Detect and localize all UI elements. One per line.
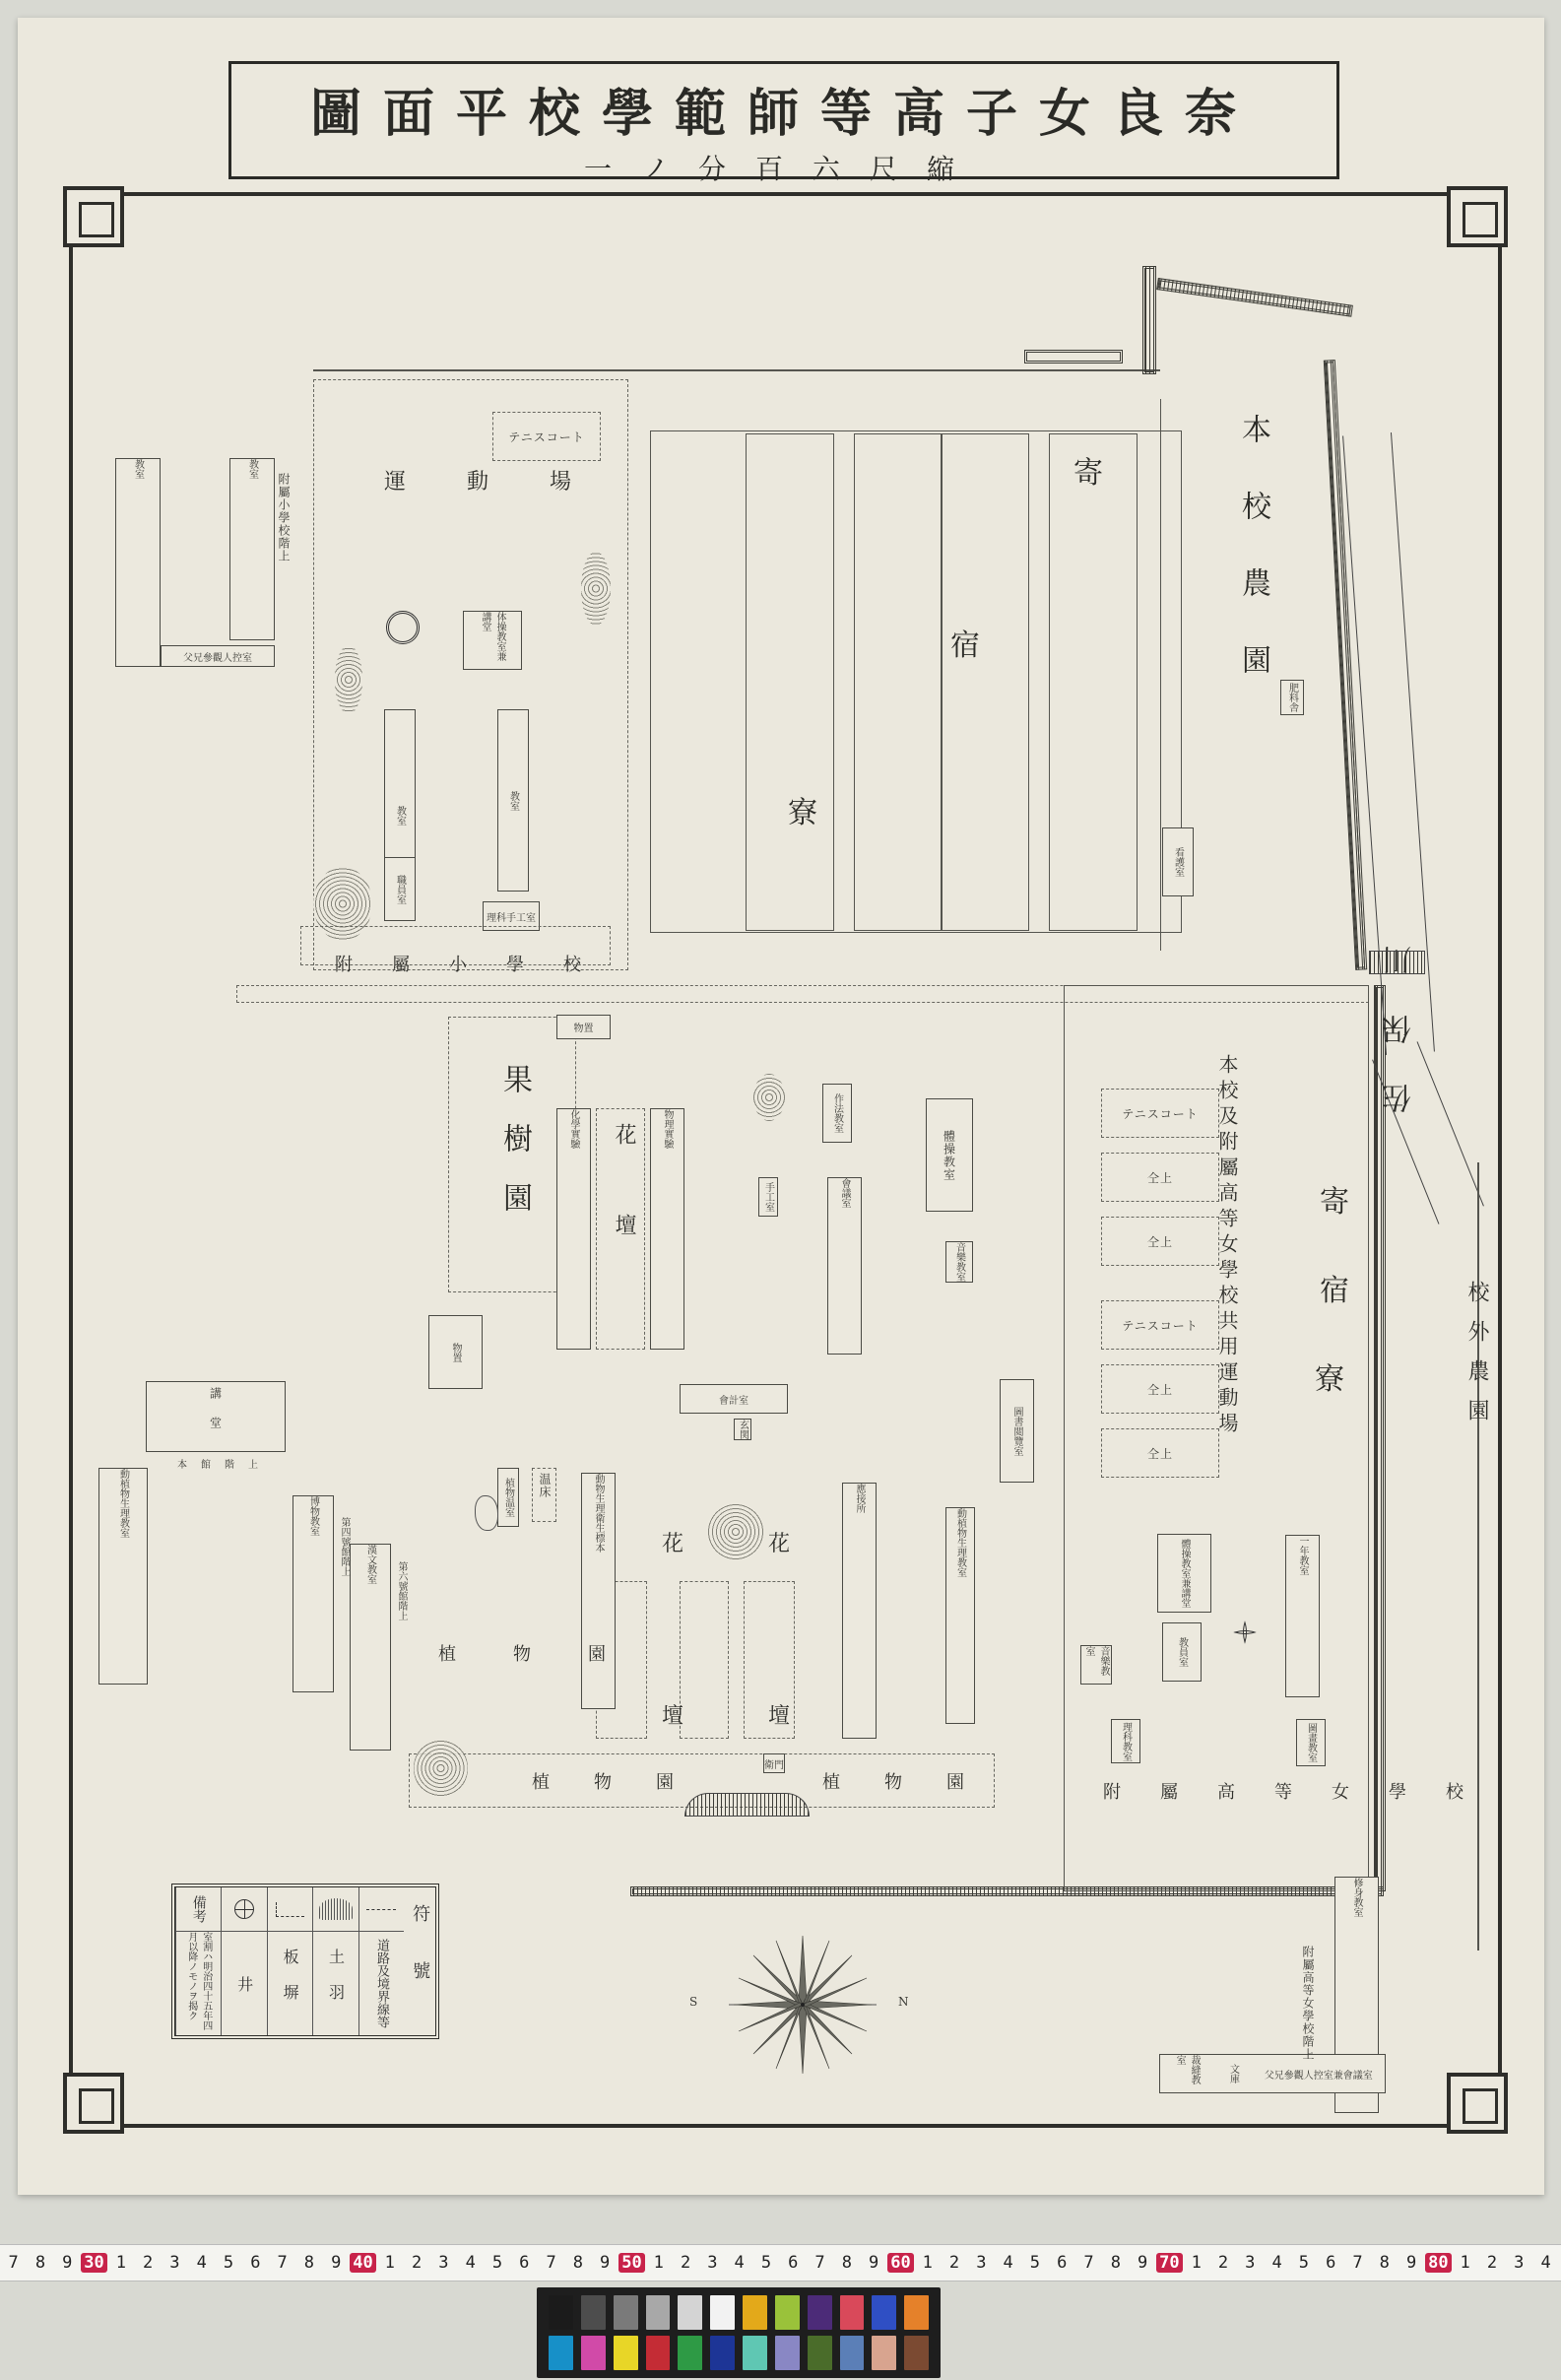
tennis-court: テニスコート bbox=[492, 412, 601, 461]
ruler-tick-label: 4 bbox=[1532, 2253, 1559, 2273]
outside-farm-label: 校外農園 bbox=[1462, 1281, 1492, 1438]
map-title: 圖面平校學範師等高子女良奈 bbox=[231, 72, 1336, 146]
ruler-tick-label: 6 bbox=[1049, 2253, 1075, 2273]
legend-item-embankment: 土羽 bbox=[312, 1887, 358, 2035]
dorm2-label-2: 宿 bbox=[1320, 1266, 1389, 1309]
botanical-garden-label-2: 植物園 bbox=[532, 1768, 718, 1794]
corner-ornament-icon bbox=[1447, 2073, 1508, 2134]
elementary-school-label: 附屬小學校 bbox=[335, 951, 620, 976]
flower-bed-label: 花壇 bbox=[609, 1123, 639, 1304]
color-swatch bbox=[904, 2336, 929, 2370]
dash-dot-line-icon bbox=[359, 1887, 404, 1932]
dorm-label-2: 宿 bbox=[950, 621, 1019, 664]
dashed-corner-icon bbox=[268, 1887, 312, 1932]
flower-bed-label-west2: 壇 bbox=[662, 1699, 701, 1730]
color-swatch bbox=[614, 2336, 638, 2370]
ruler-tick-label: 2 bbox=[672, 2253, 698, 2273]
river-label: 佐保川 bbox=[1379, 719, 1422, 1113]
color-swatch bbox=[808, 2295, 832, 2330]
color-checker bbox=[537, 2287, 941, 2378]
grade-classrooms: 一年教室 bbox=[1285, 1535, 1320, 1697]
compass-n-label: N bbox=[898, 1995, 910, 2009]
ruler-tick-label: 9 bbox=[54, 2253, 81, 2273]
earth-mound bbox=[335, 645, 362, 714]
dorm-label-3: 寄 bbox=[1073, 448, 1142, 492]
ruler-tick-label: 2 bbox=[1478, 2253, 1505, 2273]
dorm-wing bbox=[1049, 433, 1138, 931]
chemistry-wing: 化學實驗 bbox=[556, 1108, 591, 1350]
color-swatch bbox=[614, 2295, 638, 2330]
main-gate bbox=[684, 1793, 810, 1817]
legend-item-fence: 板塀 bbox=[267, 1887, 312, 2035]
dorm-wing bbox=[941, 433, 1029, 931]
fertilizer-shed: 肥料舎 bbox=[1280, 680, 1304, 715]
joint-sports-ground-label: 本校及附屬高等女學校共用運動場 bbox=[1213, 1054, 1242, 1487]
music-room: 音樂教室 bbox=[945, 1241, 973, 1283]
drawing-room: 圖畫教室 bbox=[1296, 1719, 1326, 1766]
color-swatch bbox=[581, 2336, 606, 2370]
ruler-tick-label: 7 bbox=[0, 2253, 27, 2273]
ruler-tick-label: 5 bbox=[1290, 2253, 1317, 2273]
ruler-tick-label: 6 bbox=[242, 2253, 269, 2273]
color-swatch bbox=[710, 2295, 735, 2330]
color-swatch bbox=[710, 2336, 735, 2370]
earth-mound bbox=[414, 1739, 468, 1798]
ruler-tick-label: 6 bbox=[1318, 2253, 1344, 2273]
ruler-tick-label: 40 bbox=[350, 2253, 376, 2273]
earth-mound bbox=[581, 552, 611, 626]
color-swatch bbox=[872, 2336, 896, 2370]
dorm-wing bbox=[854, 433, 943, 931]
color-swatch bbox=[775, 2336, 800, 2370]
science-classroom: 理科教室 bbox=[1111, 1719, 1140, 1763]
legend-box: 符號 道路及境界線等 土羽 板塀 井 備考 室割ハ明治四十五年四月以降ノモノヲ揭… bbox=[171, 1884, 439, 2039]
tennis-court: テニスコート bbox=[1101, 1300, 1219, 1350]
ruler-tick-label: 3 bbox=[1237, 2253, 1264, 2273]
ruler-tick-label: 3 bbox=[430, 2253, 457, 2273]
dorm-wing bbox=[746, 433, 834, 931]
ruler-tick-label: 8 bbox=[27, 2253, 53, 2273]
main-farm-label: 本校農園 bbox=[1231, 414, 1274, 721]
tennis-court: 仝上 bbox=[1101, 1217, 1219, 1266]
dorm2-label: 寄 bbox=[1320, 1177, 1389, 1221]
compass-rose-icon bbox=[729, 1931, 877, 2079]
sewing-wing: 動植物生理教室 bbox=[945, 1507, 975, 1724]
building6-upper: 漢文教室 bbox=[350, 1544, 391, 1751]
color-swatch bbox=[904, 2295, 929, 2330]
bridge bbox=[1369, 951, 1425, 974]
ruler-tick-label: 4 bbox=[995, 2253, 1021, 2273]
color-swatch bbox=[549, 2336, 573, 2370]
color-swatch bbox=[840, 2295, 865, 2330]
pond-flower-icon bbox=[1233, 1620, 1257, 1644]
color-swatch bbox=[549, 2295, 573, 2330]
color-swatch bbox=[775, 2295, 800, 2330]
building6-upper-label: 第六號館階上 bbox=[394, 1561, 409, 1620]
pond bbox=[475, 1495, 498, 1531]
gate-house: 衛門 bbox=[763, 1753, 785, 1773]
elementary-upper-west-wing: 教室 bbox=[115, 458, 161, 667]
ruler-tick-label: 9 bbox=[323, 2253, 350, 2273]
embankment bbox=[1142, 266, 1156, 374]
measuring-ruler: 7893012345678940123456789501234567896012… bbox=[0, 2244, 1561, 2281]
ruler-tick-label: 4 bbox=[726, 2253, 752, 2273]
gym-building: 体操教室兼講堂 bbox=[463, 611, 522, 670]
color-swatch bbox=[678, 2336, 702, 2370]
ruler-tick-label: 30 bbox=[81, 2253, 107, 2273]
color-swatch bbox=[743, 2295, 767, 2330]
ruler-tick-label: 3 bbox=[968, 2253, 995, 2273]
central-mound bbox=[706, 1502, 765, 1561]
color-swatch bbox=[678, 2295, 702, 2330]
ruler-tick-label: 8 bbox=[295, 2253, 322, 2273]
elementary-upper-label: 附屬小學校階上 bbox=[276, 473, 293, 562]
tennis-court: 仝上 bbox=[1101, 1364, 1219, 1414]
teachers-room: 教員室 bbox=[1162, 1622, 1202, 1682]
ruler-tick-label: 4 bbox=[188, 2253, 215, 2273]
library-reading-room: 圖書閲覽室 bbox=[1000, 1379, 1034, 1483]
tennis-court: テニスコート bbox=[1101, 1089, 1219, 1138]
ruler-tick-label: 2 bbox=[403, 2253, 429, 2273]
ruler-tick-label: 8 bbox=[1102, 2253, 1129, 2273]
dorm-label-1: 寄宿寮寮 bbox=[788, 788, 857, 831]
girls-high-upper-label: 附屬高等女學校階上 bbox=[1300, 1946, 1317, 2061]
sandpit-icon bbox=[386, 611, 420, 644]
ruler-tick-label: 2 bbox=[941, 2253, 967, 2273]
ruler-tick-label: 2 bbox=[134, 2253, 161, 2273]
ruler-tick-label: 8 bbox=[1371, 2253, 1398, 2273]
legend-item-well: 井 bbox=[221, 1887, 266, 2035]
tennis-court: 仝上 bbox=[1101, 1428, 1219, 1478]
ruler-tick-label: 7 bbox=[1075, 2253, 1102, 2273]
administration: 會計室 bbox=[680, 1384, 788, 1414]
earth-mound bbox=[753, 1074, 785, 1121]
ruler-tick-label: 3 bbox=[699, 2253, 726, 2273]
auditorium-note: 本館階上 bbox=[177, 1456, 272, 1471]
corner-ornament-icon bbox=[63, 186, 124, 247]
ruler-tick-label: 1 bbox=[645, 2253, 672, 2273]
legend-note-col: 備考 室割ハ明治四十五年四月以降ノモノヲ揭ク bbox=[175, 1887, 221, 2035]
etiquette-room: 作法教室 bbox=[822, 1084, 852, 1143]
building2-upper: 動植物生理教室 bbox=[98, 1468, 148, 1685]
embankment bbox=[1024, 350, 1123, 364]
orchard-label: 果樹園 bbox=[492, 1064, 536, 1241]
map-scale: 一ノ分百六尺縮 bbox=[231, 148, 1336, 187]
ruler-tick-label: 3 bbox=[162, 2253, 188, 2273]
physics-wing: 物理實驗 bbox=[650, 1108, 684, 1350]
staff-room: 職員室 bbox=[384, 857, 416, 921]
color-swatch bbox=[872, 2295, 896, 2330]
main-entrance: 玄関 bbox=[734, 1419, 751, 1440]
dorm2-label-3: 寮 bbox=[1315, 1355, 1384, 1398]
corner-ornament-icon bbox=[1447, 186, 1508, 247]
gym-auditorium: 體操教室兼講堂 bbox=[1157, 1534, 1211, 1613]
ruler-tick-label: 9 bbox=[1398, 2253, 1424, 2273]
storage-building: 物置 bbox=[428, 1315, 483, 1389]
ruler-tick-label: 4 bbox=[1264, 2253, 1290, 2273]
color-swatch bbox=[743, 2336, 767, 2370]
elementary-east-classrooms: 教室 bbox=[497, 709, 529, 892]
music-room-high: 音樂教室 bbox=[1080, 1645, 1112, 1685]
elementary-upper-east-wing: 教室 bbox=[229, 458, 275, 640]
language-wing: 應接所 bbox=[842, 1483, 877, 1739]
flower-bed-label-east2: 壇 bbox=[768, 1699, 808, 1730]
ruler-tick-label: 7 bbox=[807, 2253, 833, 2273]
legend-title-col: 符號 bbox=[404, 1887, 435, 2035]
ruler-tick-label: 7 bbox=[538, 2253, 564, 2273]
sports-ground-label: 運動場 bbox=[384, 465, 632, 496]
biology-wing: 動物生理衛生標本 bbox=[581, 1473, 616, 1709]
ruler-tick-label: 70 bbox=[1156, 2253, 1183, 2273]
ruler-tick-label: 8 bbox=[833, 2253, 860, 2273]
flower-bed-label-west: 花 bbox=[662, 1527, 701, 1557]
ruler-tick-label: 1 bbox=[914, 2253, 941, 2273]
ruler-tick-label: 5 bbox=[484, 2253, 510, 2273]
ruler-tick-label: 4 bbox=[457, 2253, 484, 2273]
ruler-tick-label: 60 bbox=[887, 2253, 914, 2273]
botanical-garden-label-3: 植物園 bbox=[822, 1768, 1008, 1794]
ruler-tick-label: 7 bbox=[269, 2253, 295, 2273]
building4-upper-label: 第四號館階上 bbox=[337, 1517, 352, 1576]
hotbed-label: 温床 bbox=[537, 1473, 553, 1498]
title-box: 圖面平校學範師等高子女良奈 一ノ分百六尺縮 bbox=[228, 61, 1339, 179]
ruler-tick-label: 9 bbox=[1129, 2253, 1155, 2273]
ruler-tick-label: 1 bbox=[376, 2253, 403, 2273]
ruler-tick-label: 5 bbox=[215, 2253, 241, 2273]
greenhouse: 植物温室 bbox=[497, 1468, 519, 1527]
compass-s-label: S bbox=[689, 1995, 698, 2009]
ruler-tick-label: 1 bbox=[107, 2253, 134, 2273]
ruler-tick-label: 5 bbox=[1021, 2253, 1048, 2273]
gym-classroom: 體操教室 bbox=[926, 1098, 973, 1212]
color-swatch bbox=[581, 2295, 606, 2330]
home-ec-wing: 會議室 bbox=[827, 1177, 862, 1355]
girls-high-upper-south-wing: 裁縫教室 文庫 父兄參觀人控室兼會議室 bbox=[1159, 2054, 1386, 2093]
storage-shed: 物置 bbox=[556, 1015, 611, 1039]
auditorium: 講堂 bbox=[146, 1381, 286, 1452]
ruler-tick-label: 80 bbox=[1425, 2253, 1452, 2273]
boundary-line bbox=[313, 369, 1160, 371]
ruler-tick-label: 3 bbox=[1506, 2253, 1532, 2273]
ruler-tick-label: 2 bbox=[1209, 2253, 1236, 2273]
embankment bbox=[1374, 985, 1386, 1891]
flower-bed-label-east: 花 bbox=[768, 1527, 808, 1557]
corner-ornament-icon bbox=[63, 2073, 124, 2134]
ruler-tick-label: 7 bbox=[1344, 2253, 1371, 2273]
elementary-upper-south-wing: 父兄參觀人控室 bbox=[161, 645, 275, 667]
botanical-garden-label-1: 植物園 bbox=[438, 1640, 663, 1666]
tennis-court: 仝上 bbox=[1101, 1153, 1219, 1202]
ruler-tick-label: 9 bbox=[861, 2253, 887, 2273]
girls-high-label: 附屬高等女學校 bbox=[1103, 1778, 1503, 1804]
ruler-tick-label: 6 bbox=[780, 2253, 807, 2273]
ruler-tick-label: 1 bbox=[1452, 2253, 1478, 2273]
ruler-tick-label: 9 bbox=[592, 2253, 618, 2273]
ruler-tick-label: 1 bbox=[1183, 2253, 1209, 2273]
color-swatch bbox=[840, 2336, 865, 2370]
ruler-tick-label: 5 bbox=[752, 2253, 779, 2273]
legend-item-road: 道路及境界線等 bbox=[358, 1887, 404, 2035]
color-swatch bbox=[646, 2295, 671, 2330]
ruler-tick-label: 50 bbox=[618, 2253, 645, 2273]
color-swatch bbox=[808, 2336, 832, 2370]
hatched-mound-icon bbox=[313, 1887, 358, 1932]
color-swatch bbox=[646, 2336, 671, 2370]
building4-upper: 博物教室 bbox=[293, 1495, 334, 1692]
well-icon bbox=[222, 1887, 266, 1932]
ruler-tick-label: 6 bbox=[511, 2253, 538, 2273]
handcraft-room: 手工室 bbox=[758, 1177, 778, 1217]
ruler-tick-label: 8 bbox=[564, 2253, 591, 2273]
